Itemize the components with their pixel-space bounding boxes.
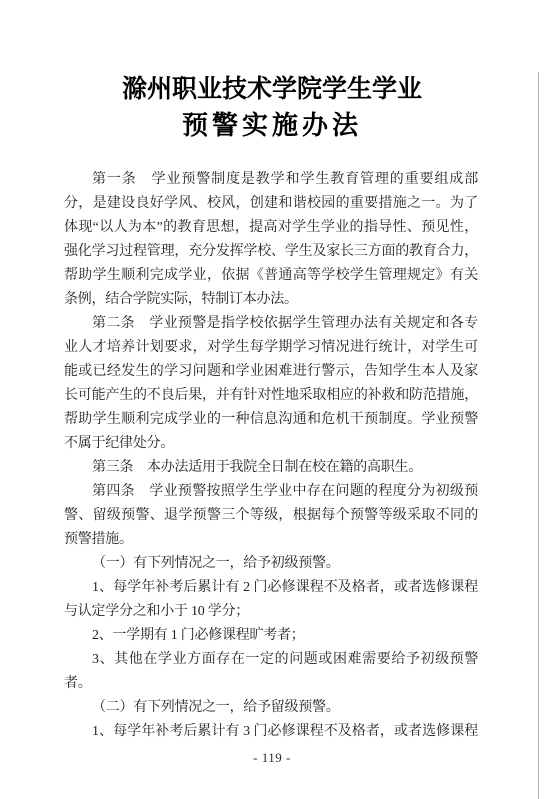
text-line: （二）有下列情况之一，给予留级预警。 [64,696,478,720]
text-line: 1、每学年补考后累计有 2 门必修课程不及格者，或者选修课程 [64,576,478,600]
text-line: 分，是建设良好学风、校风，创建和谐校园的重要措施之一。为了 [64,192,478,216]
text-line: 预警措施。 [64,528,478,552]
paragraph-article-4: 第四条 学业预警按照学生学业中存在问题的程度分为初级预 警、留级预警、退学预警三… [64,480,478,552]
paragraph-clause-1-item-1: 1、每学年补考后累计有 2 门必修课程不及格者，或者选修课程 与认定学分之和小于… [64,576,478,624]
text-line: 不属于纪律处分。 [64,432,478,456]
text-line: 第二条 学业预警是指学校依据学生管理办法有关规定和各专 [64,312,478,336]
paragraph-clause-1-item-2: 2、一学期有 1 门必修课程旷考者； [64,624,478,648]
scan-edge-line [538,72,539,799]
text-line: （一）有下列情况之一，给予初级预警。 [64,552,478,576]
text-line: 条例，结合学院实际，特制订本办法。 [64,288,478,312]
text-line: 强化学习过程管理，充分发挥学校、学生及家长三方面的教育合力， [64,240,478,264]
page-number: - 119 - [0,750,544,766]
text-line: 与认定学分之和小于 10 学分； [64,600,478,624]
text-line: 1、每学年补考后累计有 3 门必修课程不及格者，或者选修课程 [64,720,478,744]
text-line: 长可能产生的不良后果，并有针对性地采取相应的补救和防范措施， [64,384,478,408]
paragraph-clause-1-item-3: 3、其他在学业方面存在一定的问题或困难需要给予初级预警 者。 [64,648,478,696]
document-body: 第一条 学业预警制度是教学和学生教育管理的重要组成部 分，是建设良好学风、校风，… [64,168,478,744]
text-line: 帮助学生顺利完成学业，依据《普通高等学校学生管理规定》有关 [64,264,478,288]
text-line: 帮助学生顺利完成学业的一种信息沟通和危机干预制度。学业预警 [64,408,478,432]
text-line: 第四条 学业预警按照学生学业中存在问题的程度分为初级预 [64,480,478,504]
document-title-line-1: 滁州职业技术学院学生学业 [0,71,544,107]
paragraph-article-2: 第二条 学业预警是指学校依据学生管理办法有关规定和各专 业人才培养计划要求，对学… [64,312,478,456]
document-page: 滁州职业技术学院学生学业 预警实施办法 第一条 学业预警制度是教学和学生教育管理… [0,0,544,799]
text-line: 3、其他在学业方面存在一定的问题或困难需要给予初级预警 [64,648,478,672]
paragraph-article-3: 第三条 本办法适用于我院全日制在校在籍的高职生。 [64,456,478,480]
text-line: 业人才培养计划要求，对学生每学期学习情况进行统计，对学生可 [64,336,478,360]
text-line: 第一条 学业预警制度是教学和学生教育管理的重要组成部 [64,168,478,192]
text-line: 能或已经发生的学习问题和学业困难进行警示，告知学生本人及家 [64,360,478,384]
paragraph-clause-2-item-1: 1、每学年补考后累计有 3 门必修课程不及格者，或者选修课程 [64,720,478,744]
text-line: 者。 [64,672,478,696]
paragraph-article-1: 第一条 学业预警制度是教学和学生教育管理的重要组成部 分，是建设良好学风、校风，… [64,168,478,312]
text-line: 体现“以人为本”的教育思想，提高对学生学业的指导性、预见性， [64,216,478,240]
document-title: 滁州职业技术学院学生学业 预警实施办法 [0,71,544,143]
document-title-line-2: 预警实施办法 [0,107,544,143]
text-line: 第三条 本办法适用于我院全日制在校在籍的高职生。 [64,456,478,480]
paragraph-clause-2-heading: （二）有下列情况之一，给予留级预警。 [64,696,478,720]
text-line: 2、一学期有 1 门必修课程旷考者； [64,624,478,648]
text-line: 警、留级预警、退学预警三个等级，根据每个预警等级采取不同的 [64,504,478,528]
paragraph-clause-1-heading: （一）有下列情况之一，给予初级预警。 [64,552,478,576]
